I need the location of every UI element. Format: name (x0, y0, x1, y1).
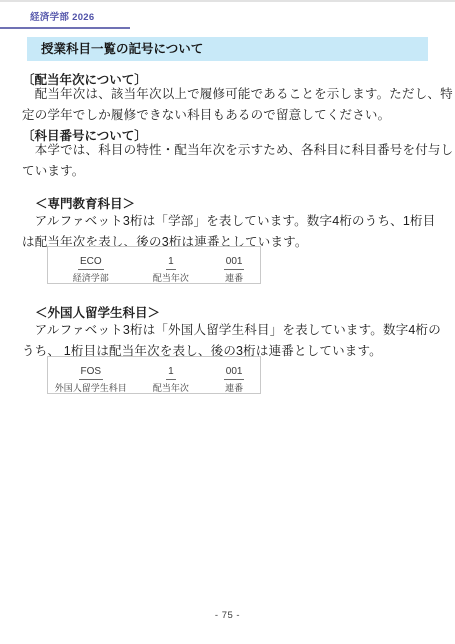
heading-senmon-kyouiku: ＜専門教育科目＞ (35, 194, 135, 212)
paragraph-haitounenjii: 配当年次は、該当年次以上で履修可能であることを示します。ただし、特 定の学年でし… (22, 84, 438, 125)
paragraph-line: アルファベット3桁は「外国人留学生科目」を表しています。数字4桁の (22, 320, 438, 341)
paragraph-line: 定の学年でしか履修できない科目もあるので留意してください。 (22, 105, 438, 126)
code-value: 001 (224, 366, 245, 380)
heading-gaikokujin-ryuugakusei: ＜外国人留学生科目＞ (35, 303, 160, 321)
section-title-bar: 授業科目一覧の記号について (27, 37, 428, 61)
page-number: - 75 - (0, 610, 455, 621)
code-label: 配当年次 (134, 273, 209, 284)
paragraph-line: ています。 (22, 161, 438, 182)
code-label: 連番 (208, 383, 260, 394)
code-value: ECO (78, 256, 104, 270)
header-divider (0, 27, 130, 29)
paragraph-gaikokujin-ryuugakusei: アルファベット3桁は「外国人留学生科目」を表しています。数字4桁の うち、 1桁… (22, 320, 438, 361)
code-label: 経済学部 (48, 273, 134, 284)
code-label: 外国人留学生科目 (48, 383, 134, 394)
paragraph-kamokubangou: 本学では、科目の特性・配当年次を示すため、各科目に科目番号を付与し ています。 (22, 140, 438, 181)
page-top-edge (0, 0, 455, 2)
code-label: 連番 (208, 273, 260, 284)
code-column: FOS 外国人留学生科目 (48, 361, 134, 394)
document-page: 経済学部 2026 授業科目一覧の記号について 〔配当年次について〕 配当年次は… (0, 0, 455, 644)
code-column: 001 連番 (208, 361, 260, 394)
code-column: ECO 経済学部 (48, 251, 134, 284)
course-code-table-eco: ECO 経済学部 1 配当年次 001 連番 (47, 246, 261, 284)
paragraph-line: 本学では、科目の特性・配当年次を示すため、各科目に科目番号を付与し (22, 140, 438, 161)
code-column: 001 連番 (208, 251, 260, 284)
code-label: 配当年次 (134, 383, 209, 394)
paragraph-line: アルファベット3桁は「学部」を表しています。数字4桁のうち、1桁目 (22, 211, 438, 232)
course-code-table-fos: FOS 外国人留学生科目 1 配当年次 001 連番 (47, 356, 261, 394)
paragraph-line: 配当年次は、該当年次以上で履修可能であることを示します。ただし、特 (22, 84, 438, 105)
code-column: 1 配当年次 (134, 361, 209, 394)
code-value: 001 (224, 256, 245, 270)
code-value: 1 (166, 256, 176, 270)
code-column: 1 配当年次 (134, 251, 209, 284)
code-value: 1 (166, 366, 176, 380)
code-value: FOS (79, 366, 104, 380)
doc-edition-label: 経済学部 2026 (30, 9, 94, 23)
